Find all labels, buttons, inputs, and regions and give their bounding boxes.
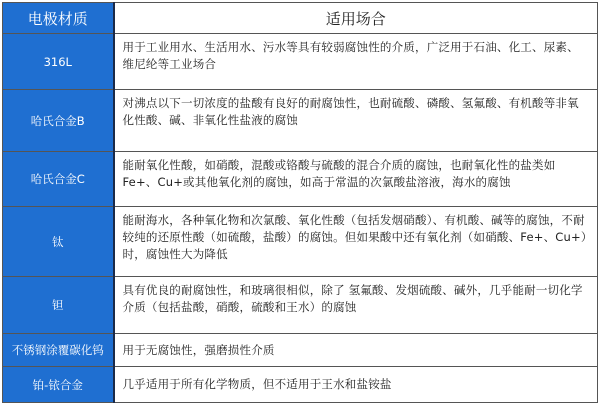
- application-cell: 能耐海水，各种氧化物和次氯酸、氧化性酸（包括发烟硝酸）、有机酸、碱等的腐蚀，不耐…: [114, 207, 598, 277]
- electrode-material-table-container: 电极材质 适用场合 316L 用于工业用水、生活用水、污水等具有较弱腐蚀性的介质…: [2, 2, 597, 350]
- table-row: 钽 具有优良的耐腐蚀性，和玻璃很相似，除了 氢氟酸、发烟硫酸、碱外，几乎能耐一切…: [3, 277, 598, 334]
- application-cell: 能耐氧化性酸，如硝酸，混酸或铬酸与硫酸的混合介质的腐蚀，也耐氧化性的盐类如Fe+…: [114, 152, 598, 207]
- material-cell: 316L: [3, 34, 114, 90]
- application-cell: 对沸点以下一切浓度的盐酸有良好的耐腐蚀性，也耐硫酸、磷酸、氢氟酸、有机酸等非氧化…: [114, 90, 598, 152]
- material-cell: 钛: [3, 207, 114, 277]
- table-row: 哈氏合金B 对沸点以下一切浓度的盐酸有良好的耐腐蚀性，也耐硫酸、磷酸、氢氟酸、有…: [3, 90, 598, 152]
- application-cell: 具有优良的耐腐蚀性，和玻璃很相似，除了 氢氟酸、发烟硫酸、碱外，几乎能耐一切化学…: [114, 277, 598, 334]
- header-material: 电极材质: [3, 3, 114, 34]
- header-application: 适用场合: [114, 3, 598, 34]
- table-row: 哈氏合金C 能耐氧化性酸，如硝酸，混酸或铬酸与硫酸的混合介质的腐蚀，也耐氧化性的…: [3, 152, 598, 207]
- table-row: 不锈钢涂覆碳化钨 用于无腐蚀性，强磨损性介质: [3, 334, 598, 351]
- material-cell: 哈氏合金C: [3, 152, 114, 207]
- table-header-row: 电极材质 适用场合: [3, 3, 598, 34]
- material-cell: 不锈钢涂覆碳化钨: [3, 334, 114, 351]
- table-row: 钛 能耐海水，各种氧化物和次氯酸、氧化性酸（包括发烟硝酸）、有机酸、碱等的腐蚀，…: [3, 207, 598, 277]
- table-row: 316L 用于工业用水、生活用水、污水等具有较弱腐蚀性的介质，广泛用于石油、化工…: [3, 34, 598, 90]
- application-cell: 用于无腐蚀性，强磨损性介质: [114, 334, 598, 351]
- application-cell: 用于工业用水、生活用水、污水等具有较弱腐蚀性的介质，广泛用于石油、化工、尿素、维…: [114, 34, 598, 90]
- material-cell: 钽: [3, 277, 114, 334]
- material-cell: 哈氏合金B: [3, 90, 114, 152]
- electrode-material-table: 电极材质 适用场合 316L 用于工业用水、生活用水、污水等具有较弱腐蚀性的介质…: [2, 2, 598, 350]
